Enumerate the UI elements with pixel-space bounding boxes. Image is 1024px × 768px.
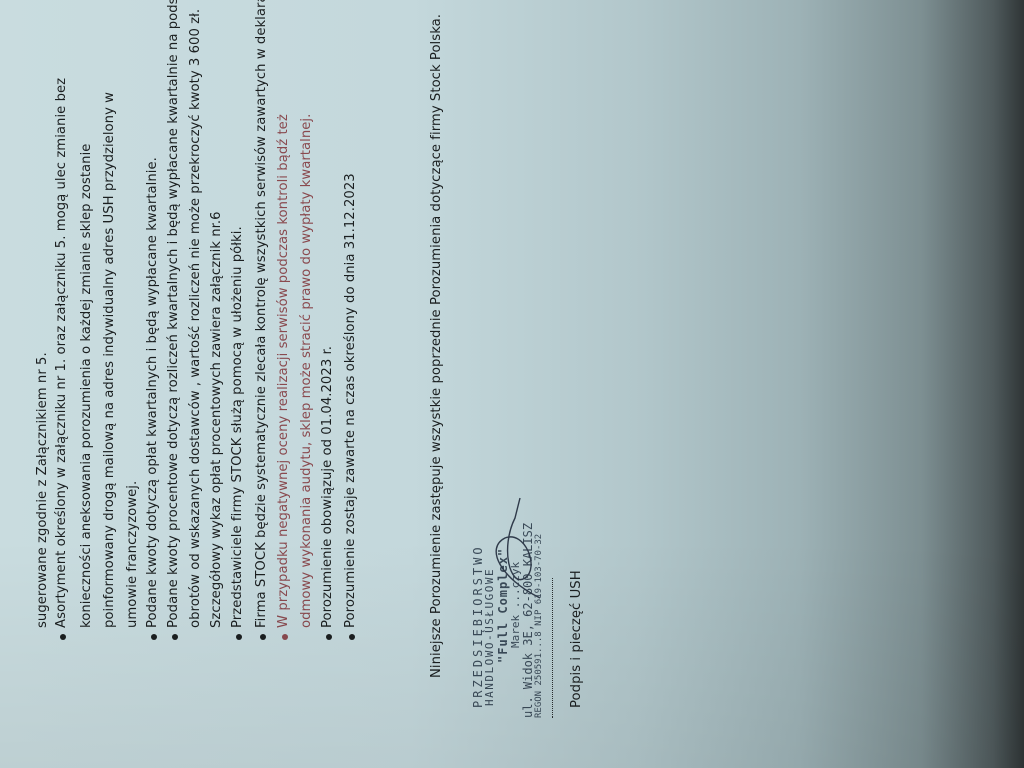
bullet-icon [349, 634, 355, 640]
list-line: obrotów od wskazanych dostawców , wartoś… [189, 9, 202, 628]
bullet-icon [236, 634, 242, 640]
list-line-highlighted: W przypadku negatywnej oceny realizacji … [277, 114, 290, 628]
list-line: Podane kwoty dotyczą opłat kwartalnych i… [146, 157, 159, 628]
list-line: Szczegółowy wykaz opłat procentowych zaw… [210, 211, 223, 628]
bullet-icon [260, 634, 266, 640]
list-line: Podane kwoty procentowe dotyczą rozlicze… [167, 0, 180, 628]
list-line: poinformowany drogą mailową na adres ind… [103, 92, 116, 628]
list-line: Asortyment określony w załączniku nr 1. … [55, 78, 68, 628]
list-line: umowie franczyzowej. [126, 481, 139, 628]
bullet-icon [326, 634, 332, 640]
list-line-highlighted: odmowy wykonania audytu, sklep może stra… [300, 114, 313, 628]
bullet-icon [282, 634, 288, 640]
closing-statement: Niniejsze Porozumienie zastępuje wszystk… [430, 14, 443, 678]
handwritten-signature [480, 488, 550, 608]
signature-label: Podpis i pieczęć USH [570, 570, 583, 708]
list-line: Firma STOCK będzie systematycznie zlecał… [255, 0, 268, 628]
bullet-icon [60, 634, 66, 640]
list-line: Porozumienie zostaje zawarte na czas okr… [344, 173, 357, 628]
document-page: sugerowane zgodnie z Załącznikiem nr 5. … [0, 0, 1024, 768]
list-line: sugerowane zgodnie z Załącznikiem nr 5. [36, 352, 49, 628]
bullet-icon [172, 634, 178, 640]
list-line: Porozumienie obowiązuje od 01.04.2023 r. [321, 346, 334, 628]
list-line: Przedstawiciele firmy STOCK służą pomocą… [231, 226, 244, 628]
bullet-icon [151, 634, 157, 640]
signature-line [552, 578, 553, 718]
list-line: konieczności aneksowania porozumienia o … [80, 144, 93, 628]
